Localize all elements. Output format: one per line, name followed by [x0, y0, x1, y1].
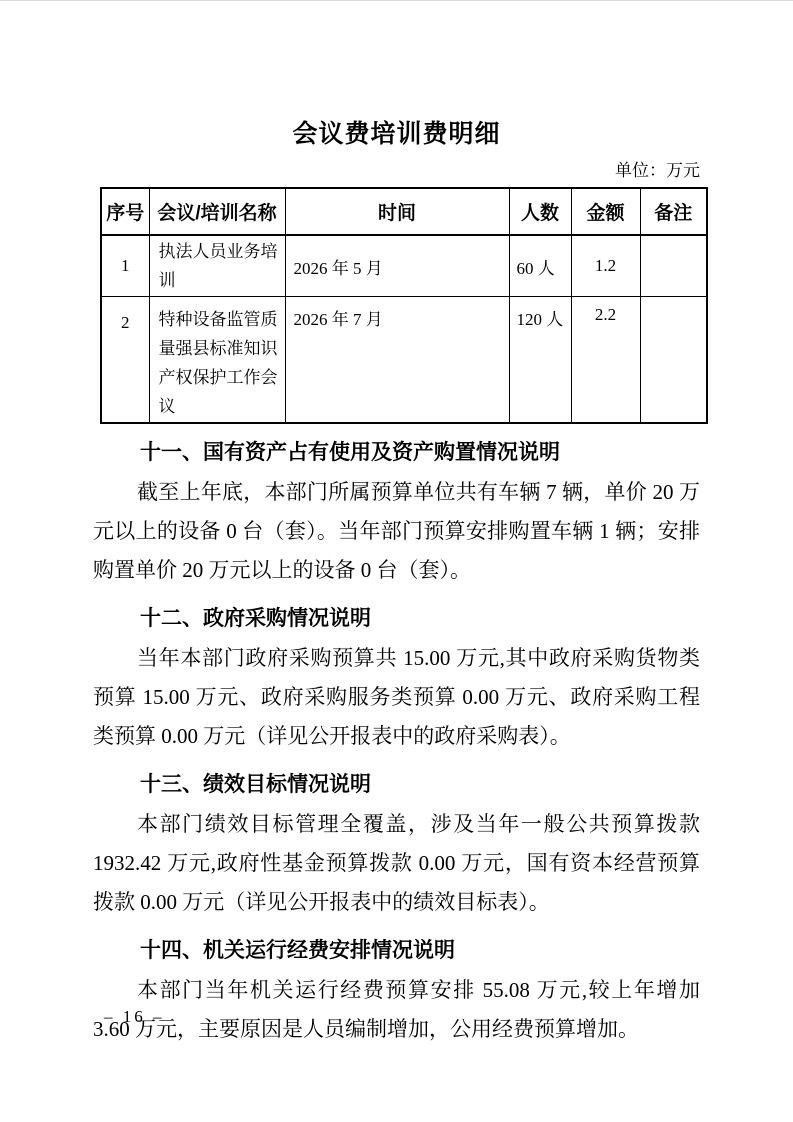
cell-people: 120 人 — [509, 297, 571, 424]
cell-time: 2026 年 5 月 — [285, 235, 509, 297]
section-state-assets: 十一、国有资产占有使用及资产购置情况说明 截至上年底，本部门所属预算单位共有车辆… — [93, 439, 700, 590]
col-header-remark: 备注 — [640, 188, 707, 235]
cell-name: 执法人员业务培训 — [149, 235, 285, 297]
section-heading: 十一、国有资产占有使用及资产购置情况说明 — [140, 439, 700, 467]
section-performance-targets: 十三、绩效目标情况说明 本部门绩效目标管理全覆盖，涉及当年一般公共预算拨款 19… — [93, 771, 700, 922]
section-body: 本部门绩效目标管理全覆盖，涉及当年一般公共预算拨款 1932.42 万元,政府性… — [93, 805, 700, 922]
cell-no: 1 — [101, 235, 149, 297]
document-content: 会议费培训费明细 单位：万元 序号 会议/培训名称 时间 人数 金额 备注 1 — [0, 1, 793, 1049]
section-heading: 十四、机关运行经费安排情况说明 — [140, 937, 700, 965]
cell-amount: 2.2 — [571, 297, 640, 424]
cell-time: 2026 年 7 月 — [285, 297, 509, 424]
section-body: 本部门当年机关运行经费预算安排 55.08 万元,较上年增加 3.60 万元，主… — [93, 971, 700, 1049]
cell-amount: 1.2 — [571, 235, 640, 297]
col-header-people: 人数 — [509, 188, 571, 235]
section-body: 截至上年底，本部门所属预算单位共有车辆 7 辆，单价 20 万元以上的设备 0 … — [93, 473, 700, 590]
meeting-training-fee-table: 序号 会议/培训名称 时间 人数 金额 备注 1 执法人员业务培训 2026 年… — [100, 187, 708, 424]
unit-note: 单位：万元 — [93, 159, 700, 183]
page-title: 会议费培训费明细 — [93, 1, 700, 151]
page-number: – 16 – — [104, 1007, 165, 1027]
col-header-amount: 金额 — [571, 188, 640, 235]
table-row: 1 执法人员业务培训 2026 年 5 月 60 人 1.2 — [101, 235, 707, 297]
cell-name: 特种设备监管质量强县标准知识产权保护工作会议 — [149, 297, 285, 424]
document-page: 会议费培训费明细 单位：万元 序号 会议/培训名称 时间 人数 金额 备注 1 — [0, 0, 793, 1122]
section-heading: 十三、绩效目标情况说明 — [140, 771, 700, 799]
cell-remark — [640, 297, 707, 424]
col-header-index: 序号 — [101, 188, 149, 235]
cell-people: 60 人 — [509, 235, 571, 297]
section-body: 当年本部门政府采购预算共 15.00 万元,其中政府采购货物类预算 15.00 … — [93, 639, 700, 756]
cell-no: 2 — [101, 297, 149, 424]
col-header-name: 会议/培训名称 — [149, 188, 285, 235]
table-header-row: 序号 会议/培训名称 时间 人数 金额 备注 — [101, 188, 707, 235]
cell-remark — [640, 235, 707, 297]
col-header-time: 时间 — [285, 188, 509, 235]
table-row: 2 特种设备监管质量强县标准知识产权保护工作会议 2026 年 7 月 120 … — [101, 297, 707, 424]
section-heading: 十二、政府采购情况说明 — [140, 605, 700, 633]
section-operating-expenses: 十四、机关运行经费安排情况说明 本部门当年机关运行经费预算安排 55.08 万元… — [93, 937, 700, 1049]
section-government-procurement: 十二、政府采购情况说明 当年本部门政府采购预算共 15.00 万元,其中政府采购… — [93, 605, 700, 756]
